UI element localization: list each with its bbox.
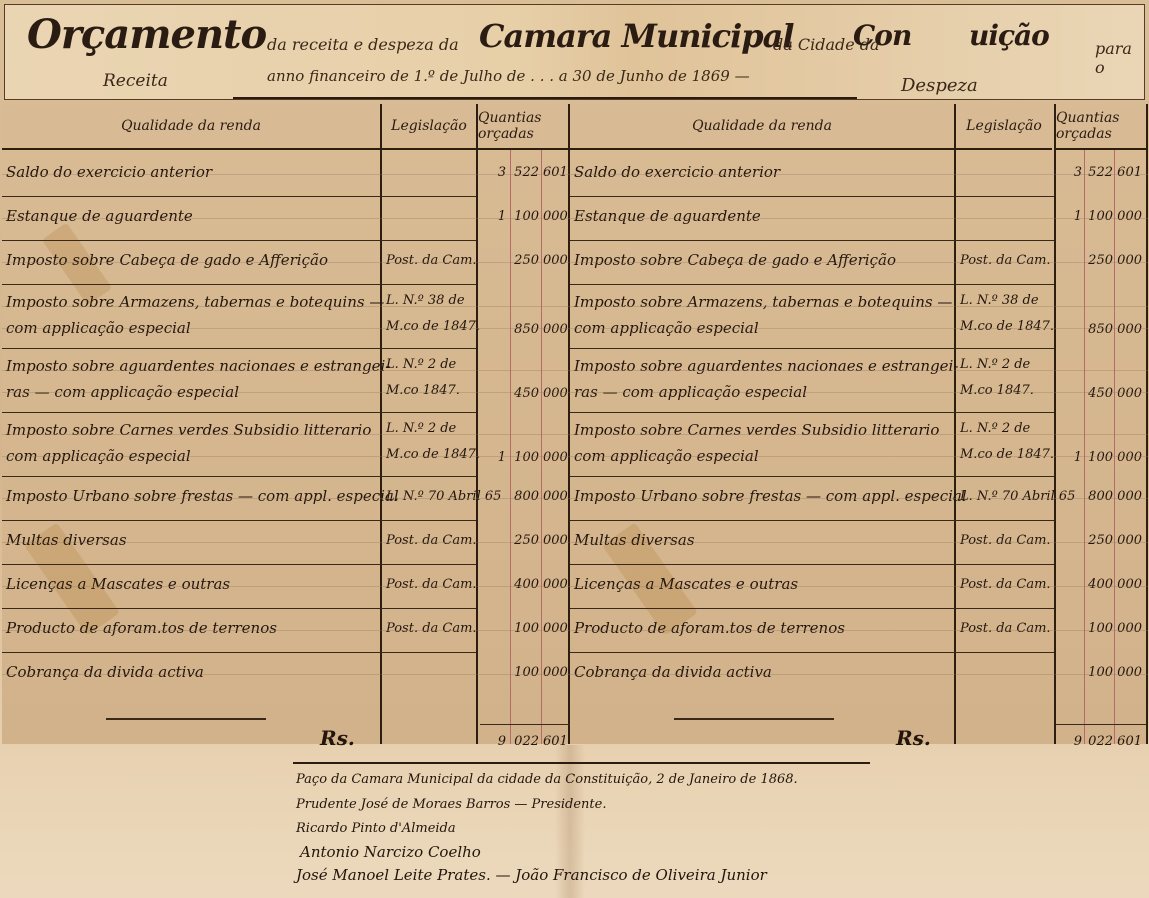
amount-reis: 000 (543, 322, 566, 337)
ledger-receita: Qualidade da renda Legislação Quantias o… (2, 104, 570, 744)
amount-contos: 1 (480, 450, 506, 465)
signature-councillor: Ricardo Pinto d'Almeida (296, 821, 456, 836)
amount-thousands: 100 (1086, 450, 1113, 465)
row-description: Imposto sobre aguardentes nacionaes e es… (574, 354, 958, 378)
row-description: Estanque de aguardente (6, 204, 193, 228)
amount-reis: 000 (543, 450, 566, 465)
row-legislation: L. N.º 2 de (960, 354, 1030, 376)
paper-rule (570, 306, 1148, 307)
amount-reis: 000 (1116, 533, 1142, 548)
total-amount: 022 (512, 734, 539, 749)
row-divider (2, 240, 476, 241)
amount-thousands: 100 (512, 450, 539, 465)
row-description: Multas diversas (574, 528, 695, 552)
amount-thousands: 100 (1086, 209, 1113, 224)
amount-thousands: 450 (1086, 386, 1113, 401)
paper-rule (2, 674, 570, 675)
row-legislation: L. N.º 38 de (960, 290, 1039, 312)
amount-thousands: 850 (512, 322, 539, 337)
amount-thousands: 100 (512, 665, 539, 680)
paper-rule (2, 498, 570, 499)
row-description: Imposto sobre Armazens, tabernas e boteq… (574, 290, 952, 314)
paper-rule (2, 328, 570, 329)
footer-rule (293, 762, 870, 764)
row-description: Licenças a Mascates e outras (574, 572, 798, 596)
amount-thousands: 250 (1086, 253, 1113, 268)
total-rule (480, 724, 570, 725)
paper-rule (2, 542, 570, 543)
footer-place-date: Paço da Camara Municipal da cidade da Co… (296, 772, 798, 787)
header-underline (233, 97, 857, 99)
row-description: Saldo do exercicio anterior (6, 160, 212, 184)
paper-rule (570, 370, 1148, 371)
paper-rule (570, 674, 1148, 675)
total-underline (106, 718, 266, 720)
row-legislation: Post. da Cam. (960, 250, 1051, 272)
amount-rule-red (541, 150, 542, 744)
column-header-legislation: Legislação (956, 104, 1052, 150)
row-description: Estanque de aguardente (574, 204, 761, 228)
column-header-description: Qualidade da renda (570, 104, 954, 150)
row-divider (570, 520, 1054, 521)
amount-contos: 1 (480, 209, 506, 224)
row-description: Multas diversas (6, 528, 127, 552)
column-header-description: Qualidade da renda (2, 104, 380, 150)
section-label-despeza: Despeza (901, 75, 978, 96)
city-name-part1: Con (853, 19, 911, 52)
row-divider (570, 412, 1054, 413)
row-description: Imposto Urbano sobre frestas — com appl.… (6, 484, 399, 508)
paper-rule (2, 370, 570, 371)
row-divider (570, 284, 1054, 285)
total-amount: 9 (480, 734, 506, 749)
amount-rule-red (1084, 150, 1085, 744)
paper-rule (2, 392, 570, 393)
paper-rule (570, 328, 1148, 329)
column-header-amounts: Quantias orçadas (1056, 104, 1146, 150)
amount-reis: 000 (1116, 209, 1142, 224)
paper-rule (2, 586, 570, 587)
total-label: Rs. (896, 726, 931, 750)
amount-thousands: 800 (512, 489, 539, 504)
paper-rule (570, 434, 1148, 435)
amount-thousands: 400 (512, 577, 539, 592)
row-description: Licenças a Mascates e outras (6, 572, 230, 596)
amount-contos: 1 (1056, 209, 1082, 224)
document-header: Orçamento da receita e despeza da Camara… (4, 4, 1145, 100)
amount-reis: 000 (543, 209, 566, 224)
row-legislation: L. N.º 2 de (386, 354, 456, 376)
row-divider (570, 240, 1054, 241)
amount-thousands: 100 (1086, 665, 1113, 680)
row-description: Imposto sobre Armazens, tabernas e boteq… (6, 290, 384, 314)
paper-rule (570, 218, 1148, 219)
row-legislation: Post. da Cam. (386, 250, 477, 272)
row-legislation: Post. da Cam. (960, 618, 1051, 640)
row-divider (2, 196, 476, 197)
amount-reis: 000 (543, 253, 566, 268)
total-rule (1056, 724, 1146, 725)
total-amount: 022 (1086, 734, 1113, 749)
amount-reis: 000 (543, 386, 566, 401)
paper-rule (570, 456, 1148, 457)
section-label-receita: Receita (103, 71, 168, 91)
amount-reis: 601 (543, 165, 566, 180)
city-name-part2: uição (969, 19, 1049, 52)
column-divider (1054, 104, 1056, 744)
row-legislation: M.co de 1847. (960, 316, 1054, 338)
amount-reis: 000 (1116, 386, 1142, 401)
fiscal-year-line: anno financeiro de 1.º de Julho de . . .… (267, 67, 750, 85)
row-legislation: Post. da Cam. (386, 574, 477, 596)
amount-contos: 3 (1056, 165, 1082, 180)
row-description: Imposto sobre Cabeça de gado e Afferição (6, 248, 328, 272)
row-legislation: Post. da Cam. (386, 530, 477, 552)
row-description: Saldo do exercicio anterior (574, 160, 780, 184)
amount-thousands: 450 (512, 386, 539, 401)
amount-thousands: 800 (1086, 489, 1113, 504)
paper-rule (2, 262, 570, 263)
amount-reis: 000 (543, 665, 566, 680)
row-divider (570, 348, 1054, 349)
row-legislation: M.co de 1847. (960, 444, 1054, 466)
paper-rule (570, 586, 1148, 587)
amount-thousands: 100 (1086, 621, 1113, 636)
paper-rule (570, 542, 1148, 543)
amount-contos: 3 (480, 165, 506, 180)
signature-president: Prudente José de Moraes Barros — Preside… (296, 797, 606, 812)
amount-reis: 000 (1116, 322, 1142, 337)
row-divider (570, 196, 1054, 197)
row-legislation: M.co de 1847. (386, 316, 480, 338)
column-divider (476, 104, 478, 744)
row-description: Cobrança da divida activa (6, 660, 204, 684)
amount-thousands: 850 (1086, 322, 1113, 337)
ledger-despeza: Qualidade da renda Legislação Quantias o… (570, 104, 1148, 744)
amount-thousands: 100 (512, 621, 539, 636)
amount-reis: 000 (543, 489, 566, 504)
paper-rule (2, 306, 570, 307)
amount-thousands: 400 (1086, 577, 1113, 592)
row-divider (570, 564, 1054, 565)
amount-reis: 601 (1116, 165, 1142, 180)
amount-reis: 000 (543, 621, 566, 636)
subtitle-end: para o (1095, 39, 1144, 77)
paper-rule (2, 218, 570, 219)
row-divider (570, 476, 1054, 477)
signature-councillors: José Manoel Leite Prates. — João Francis… (296, 866, 767, 884)
row-description: Imposto sobre aguardentes nacionaes e es… (6, 354, 390, 378)
row-divider (2, 476, 476, 477)
amount-reis: 000 (543, 577, 566, 592)
row-description: Imposto sobre Carnes verdes Subsidio lit… (6, 418, 371, 442)
row-legislation: L. N.º 38 de (386, 290, 465, 312)
column-divider (954, 104, 956, 744)
subtitle-text: da receita e despeza da (267, 35, 459, 54)
row-description: Imposto sobre Carnes verdes Subsidio lit… (574, 418, 939, 442)
row-legislation: L. N.º 70 Abril 65 (960, 486, 1075, 508)
row-legislation: L. N.º 2 de (960, 418, 1030, 440)
amount-reis: 000 (1116, 450, 1142, 465)
amount-reis: 000 (543, 533, 566, 548)
row-divider (2, 284, 476, 285)
paper-rule (2, 456, 570, 457)
row-legislation: M.co 1847. (386, 380, 460, 402)
row-description: Cobrança da divida activa (574, 660, 772, 684)
amount-thousands: 100 (512, 209, 539, 224)
total-label: Rs. (320, 726, 355, 750)
paper-rule (2, 174, 570, 175)
column-divider (380, 104, 382, 744)
row-legislation: L. N.º 70 Abril 65 (386, 486, 501, 508)
row-legislation: M.co de 1847. (386, 444, 480, 466)
signature-councillor: Antonio Narcizo Coelho (300, 843, 481, 861)
column-header-amounts: Quantias orçadas (478, 104, 570, 150)
paper-rule (2, 434, 570, 435)
row-divider (2, 564, 476, 565)
column-divider (1146, 104, 1148, 744)
document-title: Orçamento (27, 11, 266, 58)
row-divider (570, 608, 1054, 609)
amount-reis: 000 (1116, 489, 1142, 504)
amount-reis: 000 (1116, 577, 1142, 592)
institution-name: Camara Municipal (479, 17, 794, 55)
row-legislation: Post. da Cam. (960, 530, 1051, 552)
amount-thousands: 522 (1086, 165, 1113, 180)
amount-contos: 1 (1056, 450, 1082, 465)
paper-rule (570, 498, 1148, 499)
row-description: Imposto sobre Cabeça de gado e Afferição (574, 248, 896, 272)
total-underline (674, 718, 834, 720)
paper-rule (570, 392, 1148, 393)
row-legislation: L. N.º 2 de (386, 418, 456, 440)
row-legislation: M.co 1847. (960, 380, 1034, 402)
row-divider (2, 520, 476, 521)
row-divider (2, 348, 476, 349)
amount-reis: 000 (1116, 253, 1142, 268)
total-amount: 601 (1116, 734, 1142, 749)
amount-thousands: 250 (512, 533, 539, 548)
row-legislation: Post. da Cam. (960, 574, 1051, 596)
row-legislation: Post. da Cam. (386, 618, 477, 640)
row-description: Producto de aforam.tos de terrenos (574, 616, 845, 640)
paper-rule (570, 174, 1148, 175)
column-header-legislation: Legislação (382, 104, 476, 150)
paper-rule (570, 630, 1148, 631)
row-description: Imposto Urbano sobre frestas — com appl.… (574, 484, 967, 508)
amount-reis: 000 (1116, 665, 1142, 680)
row-divider (2, 412, 476, 413)
amount-thousands: 250 (1086, 533, 1113, 548)
amount-rule-red (1114, 150, 1115, 744)
total-amount: 9 (1056, 734, 1082, 749)
amount-thousands: 250 (512, 253, 539, 268)
paper-rule (570, 262, 1148, 263)
amount-rule-red (510, 150, 511, 744)
row-description: Producto de aforam.tos de terrenos (6, 616, 277, 640)
amount-reis: 000 (1116, 621, 1142, 636)
row-divider (570, 652, 1054, 653)
paper-rule (2, 630, 570, 631)
document-page: Orçamento da receita e despeza da Camara… (0, 0, 1149, 898)
row-divider (2, 652, 476, 653)
amount-thousands: 522 (512, 165, 539, 180)
row-divider (2, 608, 476, 609)
